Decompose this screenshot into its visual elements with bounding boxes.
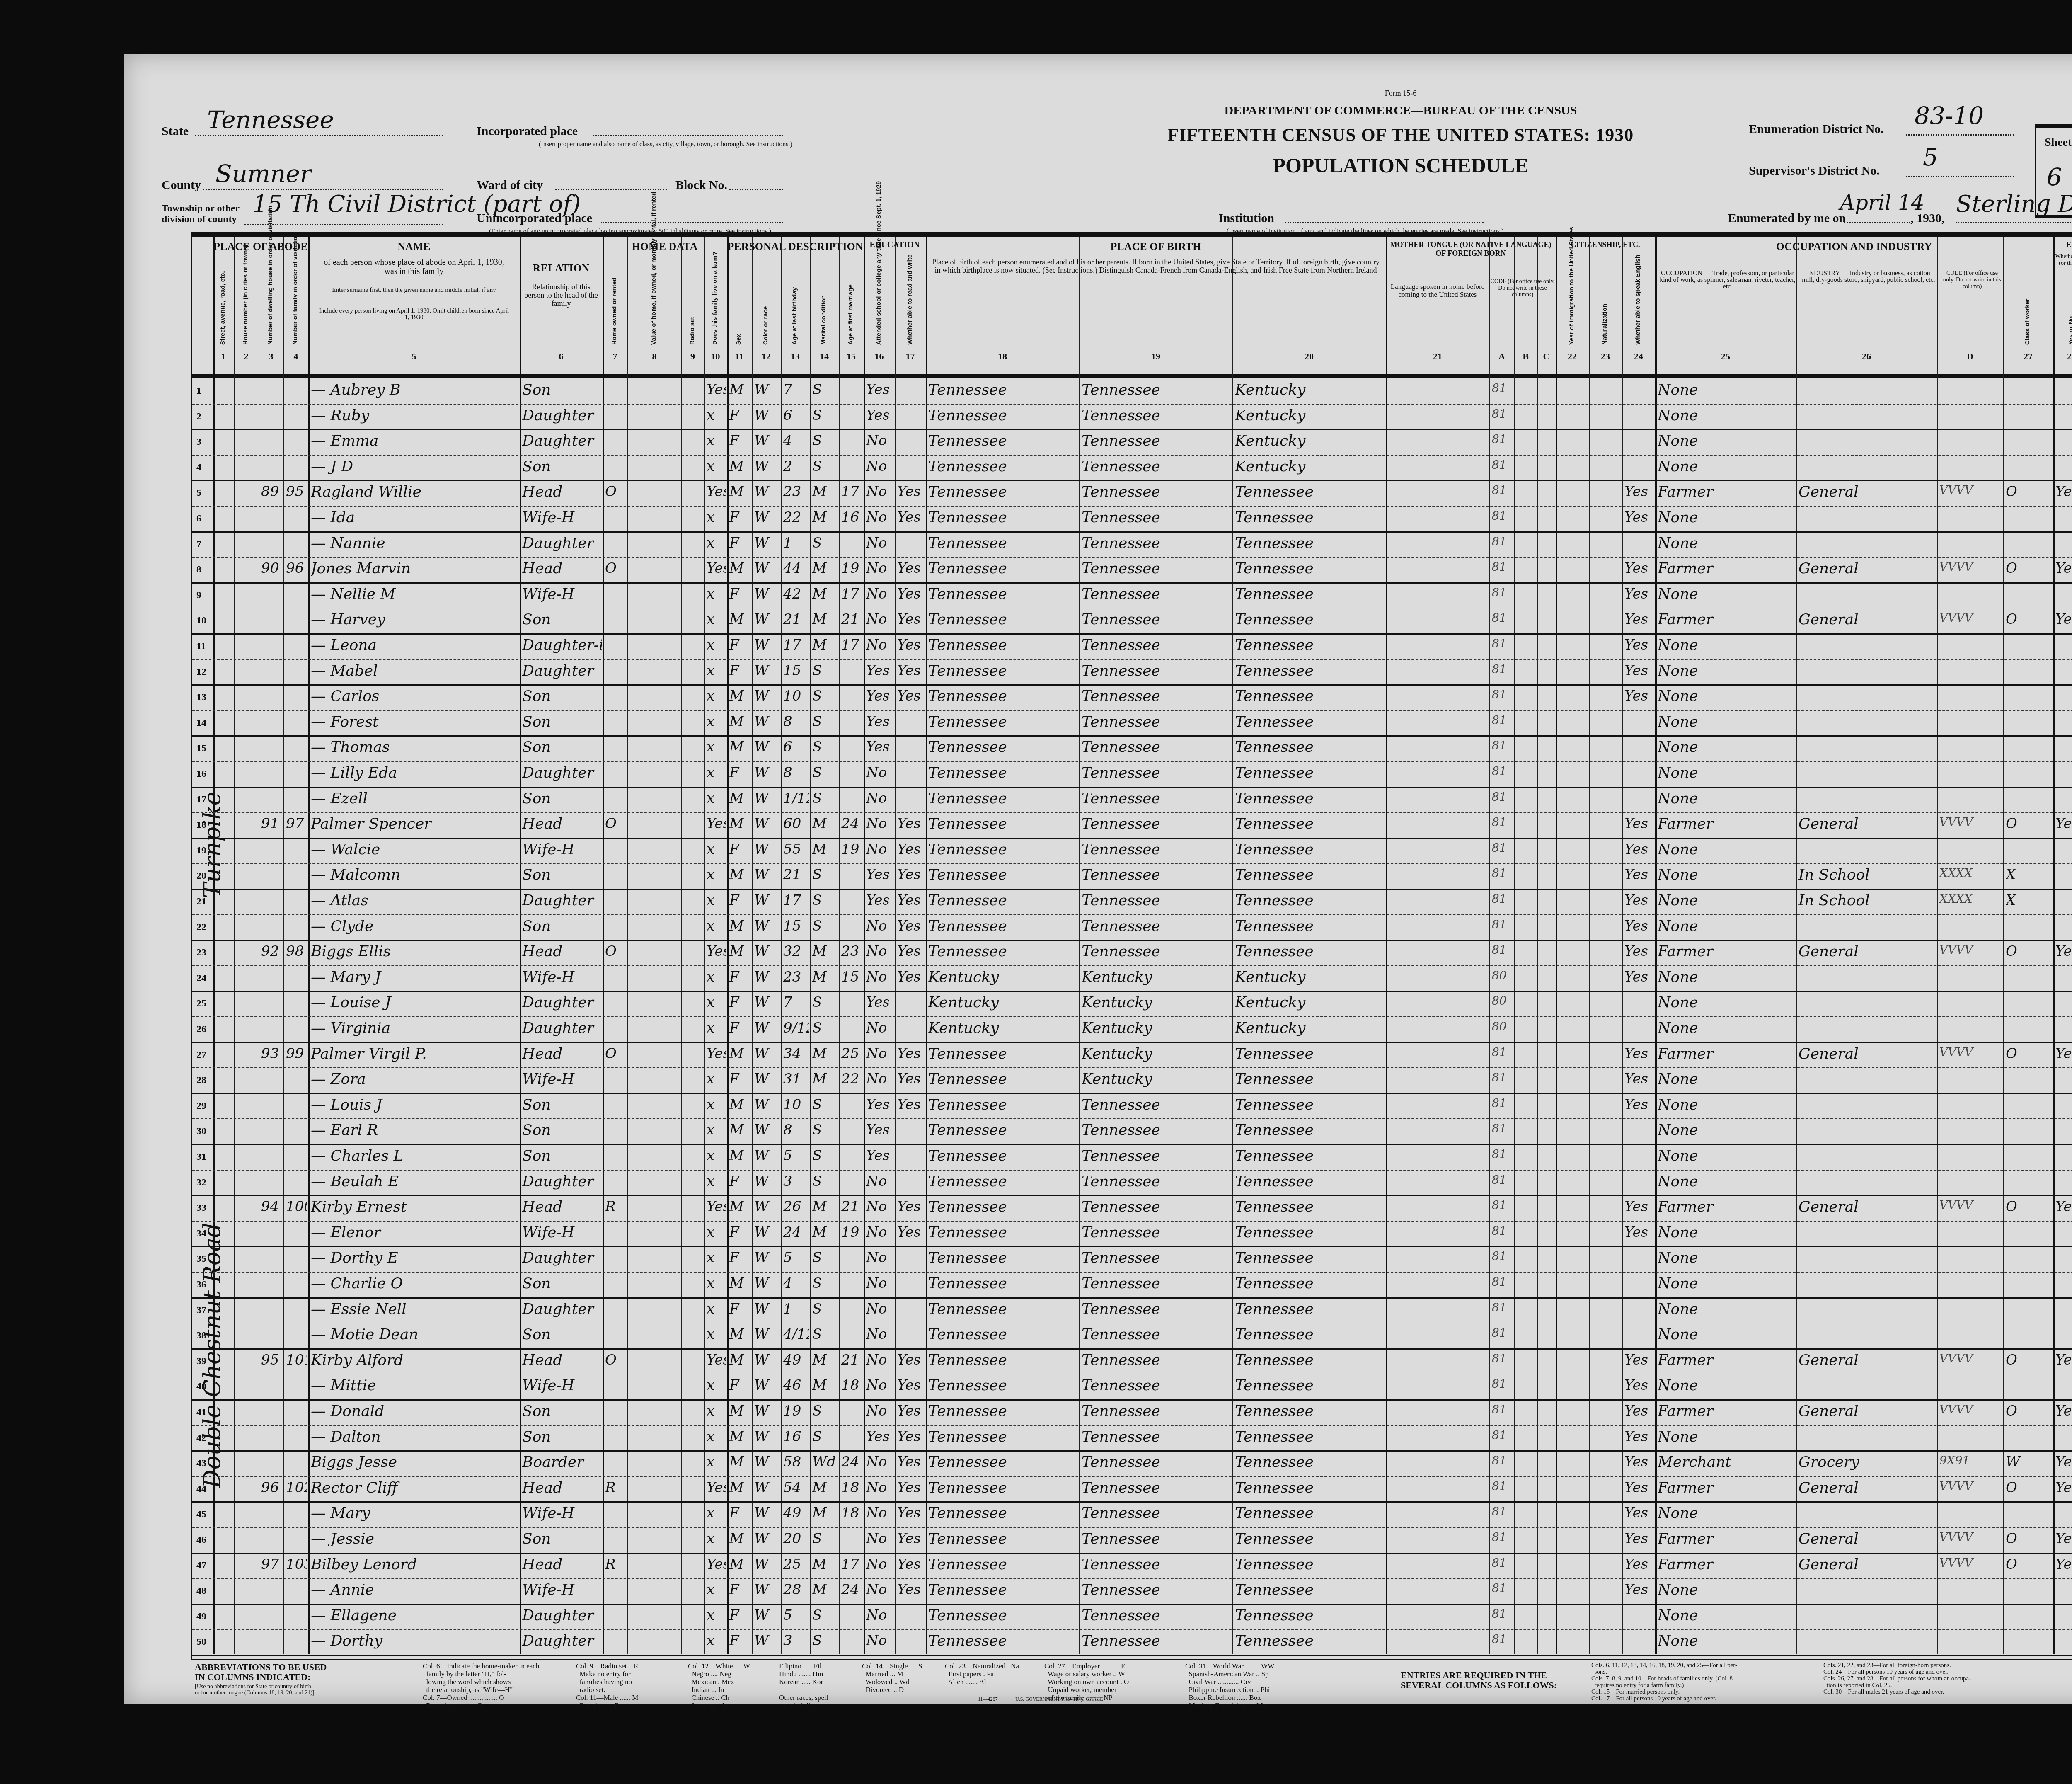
table-row: 4— J DSonxMW2SNoTennesseeTennesseeKentuc… [192, 455, 2072, 482]
cell-work: Yes [2055, 1454, 2072, 1470]
cell-name: — Donald [311, 1403, 519, 1420]
cell-school: No [866, 943, 894, 960]
cell-race: W [754, 1020, 780, 1036]
block-label: Block No. [675, 178, 727, 192]
cell-name: — Lilly Eda [311, 764, 519, 781]
cell-father-birth: Tennessee [1082, 1505, 1232, 1522]
cell-mother-birth: Tennessee [1235, 866, 1385, 883]
column-number: 17 [895, 351, 926, 362]
cell-line: 22 [196, 922, 206, 933]
cell-marital: M [812, 1224, 838, 1241]
cell-school: No [866, 483, 894, 500]
cell-farm: x [707, 918, 726, 934]
cell-school: Yes [866, 662, 894, 679]
cell-english: Yes [1624, 943, 1654, 960]
cell-marital: M [812, 611, 838, 628]
cell-age-marriage: 19 [841, 841, 863, 858]
cell-marital: S [812, 662, 838, 679]
cell-sex: F [729, 1224, 751, 1241]
cell-industry: General [1798, 943, 1936, 960]
cell-father-birth: Kentucky [1082, 1020, 1232, 1037]
cell-occupation: None [1658, 969, 1795, 986]
cell-birth: Tennessee [928, 892, 1078, 909]
cell-mother-birth: Tennessee [1235, 483, 1385, 500]
cell-mother-birth: Tennessee [1235, 688, 1385, 705]
cell-sex: F [729, 1377, 751, 1394]
cell-family: 103 [286, 1556, 307, 1573]
incorporated-line [593, 135, 783, 136]
cell-line: 35 [196, 1253, 206, 1265]
column-number: 16 [864, 351, 895, 362]
cell-work: Yes [2055, 1403, 2072, 1419]
cell-line: 36 [196, 1279, 206, 1290]
column-header-age_marriage: Age at first marriage [847, 258, 854, 345]
cell-read: Yes [897, 1505, 925, 1521]
cell-farm: x [707, 509, 726, 526]
cell-mother-birth: Kentucky [1235, 432, 1385, 449]
cell-father-birth: Tennessee [1082, 1096, 1232, 1113]
cell-name: — Mary J [311, 969, 519, 986]
table-row: 12— MabelDaughterxFW15SYesYesTennesseeTe… [192, 659, 2072, 686]
cell-name: — Aubrey B [311, 381, 519, 398]
cell-school: Yes [866, 713, 894, 730]
cell-sex: M [729, 560, 751, 577]
table-row: 24— Mary JWife-HxFW23M15NoYesKentuckyKen… [192, 965, 2072, 992]
cell-father-birth: Tennessee [1082, 943, 1232, 960]
table-row: 48— AnnieWife-HxFW28M24NoYesTennesseeTen… [192, 1578, 2072, 1605]
cell-relation: Son [522, 688, 602, 705]
cell-age: 21 [783, 866, 809, 883]
cell-code-a: 81 [1492, 1224, 1513, 1238]
cell-relation: Son [522, 381, 602, 398]
cell-occupation: None [1658, 688, 1795, 705]
cell-school: Yes [866, 1122, 894, 1138]
column-header-class: Class of worker [2024, 258, 2031, 345]
column-header-house: House number (in cities or towns) [242, 258, 249, 345]
cell-mother-birth: Kentucky [1235, 407, 1385, 424]
cell-name: — Harvey [311, 611, 519, 628]
cell-birth: Tennessee [928, 1147, 1078, 1164]
cell-class: O [2006, 1352, 2052, 1368]
cell-sex: M [729, 1122, 751, 1138]
cell-farm: Yes [707, 1556, 726, 1573]
cell-farm: x [707, 1096, 726, 1113]
cell-age: 1/12 [783, 790, 809, 807]
column-number: B [1514, 351, 1537, 362]
cell-occupation: None [1658, 1377, 1795, 1394]
column-header-english: Whether able to speak English [1634, 258, 1641, 345]
township-line [244, 224, 443, 225]
cell-code-a: 81 [1492, 1147, 1513, 1161]
cell-code-a: 80 [1492, 994, 1513, 1008]
cell-name: — Thomas [311, 739, 519, 756]
cell-occupation: None [1658, 1147, 1795, 1164]
footer-col12-other: Filipino ..... Fil Hindu ....... Hin Kor… [779, 1662, 828, 1709]
table-row: 28— ZoraWife-HxFW31M22NoYesTennesseeKent… [192, 1067, 2072, 1094]
cell-age-marriage: 15 [841, 969, 863, 985]
cell-father-birth: Tennessee [1082, 790, 1232, 807]
cell-mother-birth: Tennessee [1235, 509, 1385, 526]
cell-family: 98 [286, 943, 307, 960]
cell-relation: Head [522, 1045, 602, 1062]
table-row: 3— EmmaDaughterxFW4SNoTennesseeTennessee… [192, 429, 2072, 456]
cell-father-birth: Tennessee [1082, 432, 1232, 449]
cell-age: 58 [783, 1454, 809, 1470]
cell-english: Yes [1624, 866, 1654, 883]
cell-age: 19 [783, 1403, 809, 1419]
cell-sex: M [729, 866, 751, 883]
table-row: 4496102Rector CliffHeadRYesMW54M18NoYesT… [192, 1476, 2072, 1503]
column-number: D [1937, 351, 2003, 362]
cell-english: Yes [1624, 1045, 1654, 1062]
census-title: FIFTEENTH CENSUS OF THE UNITED STATES: 1… [1111, 124, 1691, 145]
entries-list-2: Cols. 21, 22, and 23—For all foreign-bor… [1823, 1662, 1971, 1695]
census-sheet: Form 15-6 DEPARTMENT OF COMMERCE—BUREAU … [124, 54, 2072, 1704]
footer-col31: Col. 31—World War ........ WW Spanish-Am… [1185, 1662, 1274, 1709]
cell-farm: x [707, 1071, 726, 1087]
cell-sex: M [729, 815, 751, 832]
group-place-of-birth: PLACE OF BIRTH [926, 240, 1386, 253]
cell-birth: Tennessee [928, 509, 1078, 526]
cell-birth: Tennessee [928, 790, 1078, 807]
cell-mother-birth: Tennessee [1235, 1301, 1385, 1318]
column-header-school: Attended school or college any time sinc… [875, 258, 882, 345]
cell-english: Yes [1624, 1479, 1654, 1496]
cell-english: Yes [1624, 841, 1654, 858]
cell-occupation: None [1658, 1224, 1795, 1241]
cell-school: Yes [866, 994, 894, 1011]
cell-age: 8 [783, 1122, 809, 1138]
cell-work: Yes [2055, 611, 2072, 628]
cell-work: Yes [2055, 1479, 2072, 1496]
cell-father-birth: Tennessee [1082, 1275, 1232, 1292]
cell-mother-birth: Tennessee [1235, 790, 1385, 807]
cell-school: No [866, 1045, 894, 1062]
cell-mother-birth: Tennessee [1235, 713, 1385, 730]
cell-mother-birth: Tennessee [1235, 1428, 1385, 1445]
cell-industry: General [1798, 1198, 1936, 1215]
cell-age: 42 [783, 586, 809, 602]
cell-sex: F [729, 1020, 751, 1036]
cell-farm: x [707, 739, 726, 755]
cell-sex: M [729, 1428, 751, 1445]
cell-school: No [866, 1275, 894, 1292]
cell-line: 48 [196, 1585, 206, 1597]
cell-sex: F [729, 1249, 751, 1266]
cell-father-birth: Tennessee [1082, 1224, 1232, 1241]
cell-farm: x [707, 1275, 726, 1292]
cell-name: Palmer Spencer [311, 815, 519, 832]
cell-mother-birth: Tennessee [1235, 1454, 1385, 1471]
cell-school: No [866, 790, 894, 807]
cell-sex: F [729, 764, 751, 781]
cell-race: W [754, 1428, 780, 1445]
cell-farm: x [707, 994, 726, 1011]
cell-birth: Tennessee [928, 1275, 1078, 1292]
cell-code-a: 81 [1492, 1479, 1513, 1493]
cell-relation: Daughter [522, 407, 602, 424]
cell-race: W [754, 1505, 780, 1521]
cell-line: 38 [196, 1330, 206, 1341]
cell-owned: O [605, 483, 627, 500]
cell-farm: x [707, 713, 726, 730]
county-value: Sumner [215, 160, 312, 188]
cell-sex: M [729, 1096, 751, 1113]
cell-marital: M [812, 1556, 838, 1573]
cell-mother-birth: Tennessee [1235, 1505, 1385, 1522]
cell-race: W [754, 1122, 780, 1138]
cell-name: — Louise J [311, 994, 519, 1011]
county-label: County [162, 178, 201, 192]
cell-sex: F [729, 509, 751, 526]
cell-mother-birth: Tennessee [1235, 611, 1385, 628]
cell-read: Yes [897, 1377, 925, 1394]
cell-code-a: 81 [1492, 713, 1513, 727]
cell-work: Yes [2055, 1530, 2072, 1547]
cell-industry: General [1798, 1045, 1936, 1062]
cell-school: No [866, 1581, 894, 1598]
cell-read: Yes [897, 1071, 925, 1087]
cell-english: Yes [1624, 1556, 1654, 1573]
cell-race: W [754, 483, 780, 500]
cell-father-birth: Tennessee [1082, 662, 1232, 679]
cell-race: W [754, 1147, 780, 1164]
cell-age: 9/12 [783, 1020, 809, 1036]
cell-race: W [754, 560, 780, 577]
cell-birth: Tennessee [928, 1224, 1078, 1241]
cell-marital: S [812, 1607, 838, 1624]
footer-col6: Col. 6—Indicate the home-maker in each f… [423, 1662, 539, 1709]
cell-race: W [754, 1198, 780, 1215]
cell-age-marriage: 17 [841, 1556, 863, 1573]
cell-sex: M [729, 1198, 751, 1215]
cell-read: Yes [897, 688, 925, 704]
cell-relation: Wife-H [522, 1581, 602, 1598]
column-number: 7 [603, 351, 627, 362]
cell-age-marriage: 25 [841, 1045, 863, 1062]
cell-birth: Tennessee [928, 1071, 1078, 1088]
cell-age: 5 [783, 1249, 809, 1266]
table-row: 89096Jones MarvinHeadOYesMW44M19NoYesTen… [192, 557, 2072, 584]
column-number: 21 [1386, 351, 1489, 362]
cell-age: 4/12 [783, 1326, 809, 1343]
cell-farm: x [707, 586, 726, 602]
cell-marital: S [812, 407, 838, 424]
cell-relation: Wife-H [522, 586, 602, 603]
cell-birth: Tennessee [928, 1096, 1078, 1113]
cell-line: 10 [196, 615, 206, 626]
cell-industry: Grocery [1798, 1454, 1936, 1471]
cell-farm: x [707, 866, 726, 883]
cell-farm: x [707, 611, 726, 628]
column-number: 25 [1655, 351, 1796, 362]
cell-code-a: 81 [1492, 1632, 1513, 1646]
column-header-sex: Sex [735, 258, 742, 345]
cell-occ-code: VVVV [1939, 1530, 2002, 1544]
cell-line: 41 [196, 1407, 206, 1418]
cell-dwelling: 97 [261, 1556, 283, 1573]
cell-marital: M [812, 1352, 838, 1368]
cell-farm: x [707, 688, 726, 704]
cell-line: 8 [196, 564, 201, 575]
cell-school: No [866, 1556, 894, 1573]
cell-father-birth: Tennessee [1082, 1607, 1232, 1624]
cell-farm: x [707, 1530, 726, 1547]
column-number: 15 [839, 351, 864, 362]
cell-owned: R [605, 1479, 627, 1496]
cell-farm: Yes [707, 1198, 726, 1215]
cell-owned: O [605, 815, 627, 832]
table-row: 45— MaryWife-HxFW49M18NoYesTennesseeTenn… [192, 1501, 2072, 1528]
cell-sex: M [729, 790, 751, 807]
cell-birth: Tennessee [928, 1428, 1078, 1445]
cell-code-a: 81 [1492, 1173, 1513, 1187]
cell-occ-code: VVVV [1939, 483, 2002, 497]
cell-marital: S [812, 1147, 838, 1164]
table-row: 21— AtlasDaughterxFW17SYesYesTennesseeTe… [192, 889, 2072, 915]
cell-sex: M [729, 611, 751, 628]
cell-sex: F [729, 637, 751, 653]
cell-line: 16 [196, 768, 206, 780]
cell-farm: Yes [707, 560, 726, 577]
cell-class: O [2006, 483, 2052, 500]
cell-code-a: 81 [1492, 509, 1513, 523]
column-number: 27 [2003, 351, 2053, 362]
cell-age-marriage: 17 [841, 637, 863, 653]
cell-code-a: 81 [1492, 1045, 1513, 1059]
cell-marital: S [812, 688, 838, 704]
cell-dwelling: 95 [261, 1352, 283, 1368]
cell-marital: S [812, 1096, 838, 1113]
cell-race: W [754, 509, 780, 526]
cell-industry: General [1798, 1479, 1936, 1496]
cell-farm: x [707, 1020, 726, 1036]
cell-relation: Son [522, 790, 602, 807]
cell-occupation: None [1658, 918, 1795, 935]
cell-line: 24 [196, 973, 206, 984]
sd-line [1906, 176, 2014, 177]
cell-race: W [754, 1224, 780, 1241]
relation-description: Relationship of this person to the head … [524, 283, 598, 308]
cell-relation: Daughter [522, 1607, 602, 1624]
cell-code-a: 81 [1492, 892, 1513, 906]
table-row: 3995101Kirby AlfordHeadOYesMW49M21NoYesT… [192, 1348, 2072, 1375]
cell-sex: F [729, 1301, 751, 1317]
cell-occupation: None [1658, 407, 1795, 424]
cell-race: W [754, 1556, 780, 1573]
cell-code-a: 81 [1492, 1556, 1513, 1570]
cell-age-marriage: 18 [841, 1505, 863, 1521]
cell-mother-birth: Tennessee [1235, 1122, 1385, 1139]
cell-occupation: Farmer [1658, 943, 1795, 960]
cell-mother-birth: Tennessee [1235, 535, 1385, 552]
cell-sex: M [729, 381, 751, 398]
cell-code-a: 81 [1492, 918, 1513, 931]
cell-mother-birth: Tennessee [1235, 1632, 1385, 1649]
cell-code-a: 81 [1492, 841, 1513, 855]
cell-race: W [754, 458, 780, 475]
cell-sex: M [729, 483, 751, 500]
cell-race: W [754, 1173, 780, 1190]
cell-mother-birth: Kentucky [1235, 381, 1385, 398]
cell-marital: S [812, 1632, 838, 1649]
column-header-race: Color or race [762, 258, 769, 345]
cell-name: — Forest [311, 713, 519, 730]
cell-age: 34 [783, 1045, 809, 1062]
cell-occ-code: VVVV [1939, 1479, 2002, 1493]
table-header: PLACE OF ABODE NAME of each person whose… [192, 237, 2072, 378]
department-title: DEPARTMENT OF COMMERCE—BUREAU OF THE CEN… [1111, 104, 1691, 118]
cell-sex: F [729, 535, 751, 551]
cell-family: 101 [286, 1352, 307, 1368]
cell-school: Yes [866, 1147, 894, 1164]
cell-code-a: 81 [1492, 1530, 1513, 1544]
cell-birth: Tennessee [928, 611, 1078, 628]
cell-read: Yes [897, 1581, 925, 1598]
cell-code-a: 80 [1492, 969, 1513, 982]
cell-marital: S [812, 1326, 838, 1343]
cell-sex: F [729, 1632, 751, 1649]
cell-father-birth: Kentucky [1082, 1071, 1232, 1088]
cell-english: Yes [1624, 1352, 1654, 1368]
cell-relation: Head [522, 483, 602, 500]
cell-age: 49 [783, 1505, 809, 1521]
cell-age: 8 [783, 764, 809, 781]
cell-work: Yes [2055, 815, 2072, 832]
cell-name: — J D [311, 458, 519, 475]
cell-class: O [2006, 1530, 2052, 1547]
cell-relation: Daughter [522, 1249, 602, 1266]
cell-line: 42 [196, 1433, 206, 1444]
cell-birth: Tennessee [928, 432, 1078, 449]
cell-sex: F [729, 841, 751, 858]
cell-father-birth: Tennessee [1082, 1581, 1232, 1598]
cell-birth: Kentucky [928, 969, 1078, 986]
table-row: 30— Earl RSonxMW8SYesTennesseeTennesseeT… [192, 1118, 2072, 1145]
cell-occ-code: VVVV [1939, 1403, 2002, 1416]
cell-mother-birth: Tennessee [1235, 1224, 1385, 1241]
cell-father-birth: Tennessee [1082, 688, 1232, 705]
cell-farm: x [707, 1428, 726, 1445]
cell-name: — Clyde [311, 918, 519, 935]
cell-age-marriage: 17 [841, 483, 863, 500]
cell-family: 95 [286, 483, 307, 500]
cell-school: No [866, 535, 894, 551]
cell-farm: x [707, 1301, 726, 1317]
cell-relation: Head [522, 1556, 602, 1573]
cell-school: No [866, 586, 894, 602]
column-number: A [1489, 351, 1514, 362]
cell-sex: F [729, 662, 751, 679]
cell-age-marriage: 22 [841, 1071, 863, 1087]
cell-name: — Mittie [311, 1377, 519, 1394]
cell-code-a: 81 [1492, 611, 1513, 625]
cell-age-marriage: 24 [841, 1581, 863, 1598]
cell-line: 12 [196, 667, 206, 678]
cell-family: 100 [286, 1198, 307, 1215]
cell-code-a: 81 [1492, 688, 1513, 701]
cell-birth: Tennessee [928, 943, 1078, 960]
column-number: 24 [1622, 351, 1655, 362]
cell-father-birth: Tennessee [1082, 764, 1232, 781]
cell-birth: Tennessee [928, 815, 1078, 832]
cell-father-birth: Tennessee [1082, 483, 1232, 500]
cell-race: W [754, 918, 780, 934]
cell-name: — Leona [311, 637, 519, 654]
cell-age: 15 [783, 662, 809, 679]
cell-birth: Tennessee [928, 1301, 1078, 1318]
cell-farm: Yes [707, 483, 726, 500]
